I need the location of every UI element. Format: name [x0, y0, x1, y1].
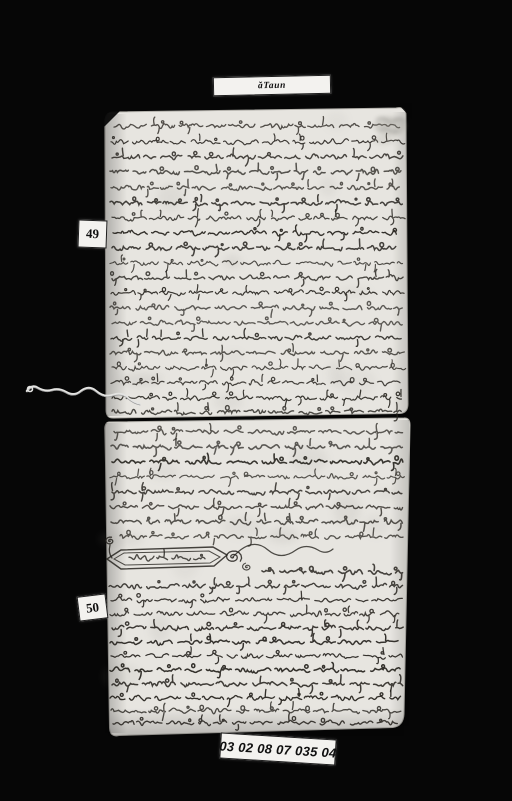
- archive-code-text: 03 02 08 07 035 04: [219, 738, 337, 760]
- collection-title-label: ăTaun: [213, 75, 331, 96]
- collection-title-text: ăTaun: [258, 80, 286, 91]
- page-number-label-49: 49: [78, 220, 108, 249]
- manuscript-photo-svg: [0, 0, 512, 801]
- page-number-49-text: 49: [86, 226, 100, 242]
- archival-photo: ăTaun 49 50 03 02 08 07 035 04: [0, 0, 512, 801]
- page-number-50-text: 50: [85, 599, 100, 616]
- page-number-label-50: 50: [77, 593, 109, 621]
